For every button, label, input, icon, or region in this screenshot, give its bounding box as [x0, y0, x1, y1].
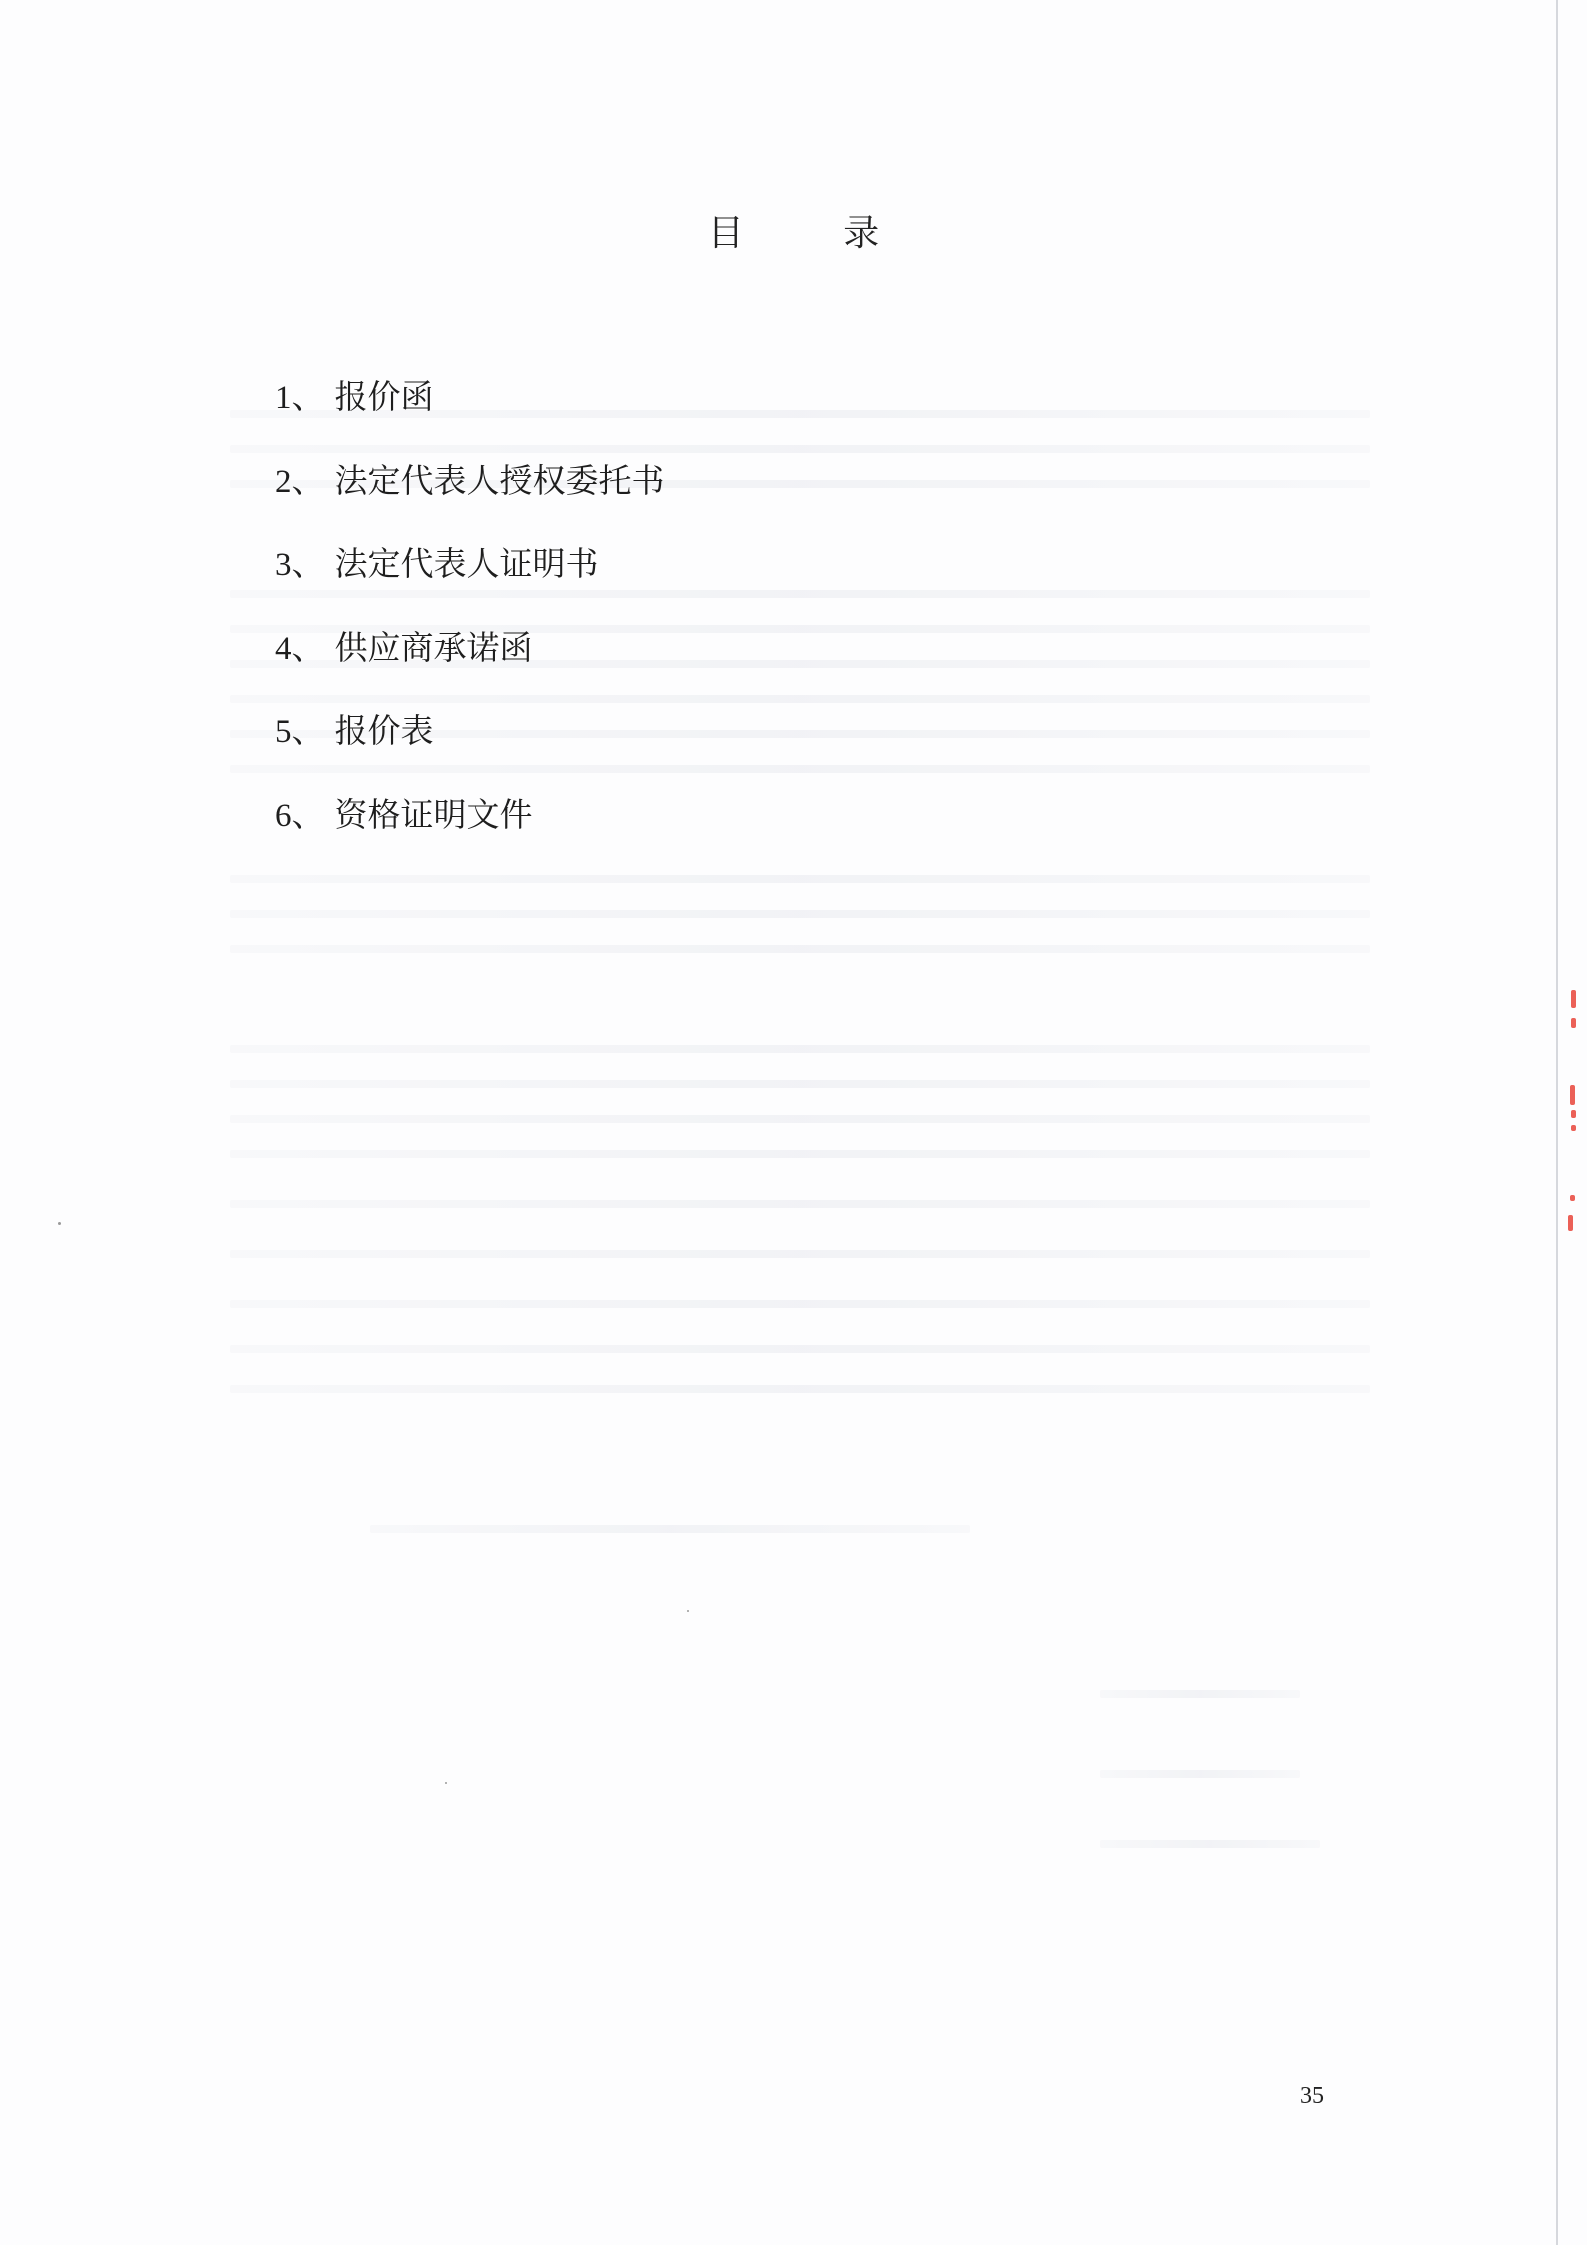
- bleed-through-line: [230, 1045, 1370, 1053]
- toc-item-separator: 、: [292, 790, 325, 840]
- bleed-through-line: [230, 875, 1370, 883]
- seal-fragment: [1571, 990, 1576, 1008]
- seal-fragment: [1571, 1125, 1576, 1131]
- seal-fragment: [1570, 1195, 1575, 1201]
- bleed-through-line: [230, 1115, 1370, 1123]
- toc-item-separator: 、: [292, 539, 325, 589]
- bleed-through-line: [230, 1345, 1370, 1353]
- page-edge-line: [1556, 0, 1558, 2245]
- toc-item-label: 法定代表人授权委托书: [335, 461, 665, 500]
- bleed-through-line: [230, 1200, 1370, 1208]
- page-number: 35: [1300, 2083, 1324, 2110]
- seal-fragment: [1570, 1085, 1575, 1105]
- toc-item: 4、供应商承诺函: [275, 623, 665, 707]
- bleed-through-line: [230, 1080, 1370, 1088]
- bleed-through-line: [230, 1300, 1370, 1308]
- toc-item-separator: 、: [292, 456, 325, 506]
- toc-item-label: 报价表: [335, 711, 434, 750]
- toc-item-label: 法定代表人证明书: [335, 544, 599, 583]
- seal-fragment: [1571, 1018, 1576, 1028]
- toc-item-number: 2: [275, 457, 292, 507]
- toc-item-number: 5: [275, 707, 292, 757]
- bleed-through-line: [1100, 1840, 1320, 1848]
- toc-item: 5、报价表: [275, 706, 665, 790]
- toc-item-label: 报价函: [335, 377, 434, 416]
- toc-item-number: 6: [275, 791, 292, 841]
- toc-item: 6、资格证明文件: [275, 790, 665, 874]
- toc-item: 2、法定代表人授权委托书: [275, 456, 665, 540]
- seal-fragment: [1571, 1110, 1576, 1118]
- toc-item: 3、法定代表人证明书: [275, 539, 665, 623]
- toc-item-number: 3: [275, 540, 292, 590]
- toc-item-number: 1: [275, 373, 292, 423]
- toc-item-number: 4: [275, 624, 292, 674]
- bleed-through-line: [230, 910, 1370, 918]
- bleed-through-line: [230, 1150, 1370, 1158]
- toc-item-separator: 、: [292, 623, 325, 673]
- bleed-through-line: [230, 945, 1370, 953]
- scan-speck: [445, 1782, 447, 1784]
- bleed-through-line: [230, 1250, 1370, 1258]
- scan-speck: [58, 1222, 61, 1225]
- toc-item-separator: 、: [292, 372, 325, 422]
- toc-item-separator: 、: [292, 706, 325, 756]
- toc-item-label: 供应商承诺函: [335, 628, 533, 667]
- scan-speck: [687, 1610, 689, 1612]
- seal-fragment: [1568, 1215, 1573, 1231]
- scanned-page: 目 录 1、报价函 2、法定代表人授权委托书 3、法定代表人证明书 4、供应商承…: [0, 0, 1587, 2245]
- document-title: 目 录: [0, 205, 1587, 256]
- toc-item: 1、报价函: [275, 372, 665, 456]
- toc-item-label: 资格证明文件: [335, 795, 533, 834]
- bleed-through-line: [370, 1525, 970, 1533]
- table-of-contents: 1、报价函 2、法定代表人授权委托书 3、法定代表人证明书 4、供应商承诺函 5…: [275, 372, 665, 873]
- bleed-through-line: [1100, 1770, 1300, 1778]
- bleed-through-line: [1100, 1690, 1300, 1698]
- bleed-through-line: [230, 1385, 1370, 1393]
